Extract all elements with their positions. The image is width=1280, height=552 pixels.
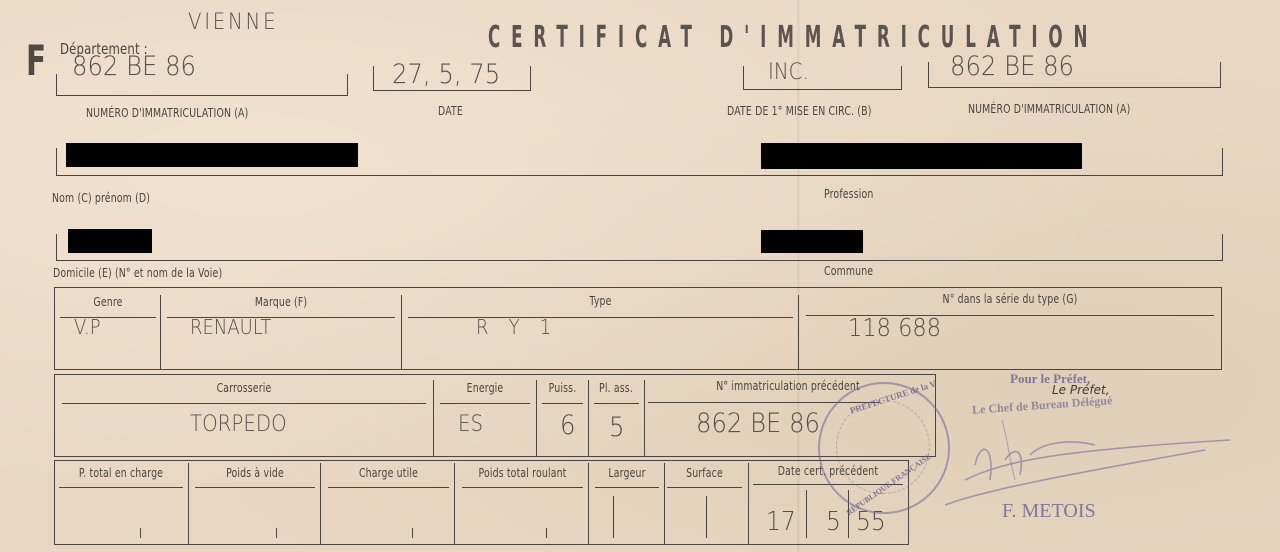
date-label: DATE: [438, 104, 463, 118]
registration-number-right-label: NUMÉRO D'IMMATRICULATION (A): [968, 102, 1130, 116]
header-underline: [594, 403, 639, 404]
col-divider: [644, 380, 645, 457]
largeur-label: Largeur: [602, 466, 652, 480]
marque-value: RENAULT: [190, 315, 271, 339]
country-letter: F: [26, 36, 46, 85]
col-divider: [454, 463, 455, 545]
registration-number-left-value: 862 BE 86: [72, 51, 196, 82]
bracket-bottom: [928, 87, 1221, 88]
signatory-name: F. METOIS: [1002, 500, 1096, 523]
field-bracket-right: [1222, 234, 1223, 261]
header-underline: [328, 487, 449, 488]
department-name: VIENNE: [188, 10, 278, 35]
bracket-bottom: [56, 95, 348, 96]
bracket-right: [347, 74, 348, 96]
marque-label: Marque (F): [192, 295, 370, 309]
serial-label: N° dans la série du type (G): [851, 292, 1169, 306]
col-divider: [588, 380, 589, 457]
places-label: Pl. ass.: [596, 381, 637, 395]
profession-label: Profession: [824, 187, 873, 201]
header-underline: [195, 487, 315, 488]
bracket-bottom: [743, 89, 902, 90]
profession-redaction: [761, 143, 1082, 169]
genre-label: Genre: [71, 295, 146, 309]
tick-mark: [706, 496, 707, 538]
col-divider: [536, 380, 537, 457]
first-registration-label: DATE DE 1° MISE EN CIRC. (B): [727, 104, 872, 118]
previous-registration-value: 862 BE 86: [696, 408, 820, 439]
col-divider: [748, 463, 749, 545]
field-bracket-right: [1222, 148, 1223, 176]
col-divider: [401, 295, 402, 370]
bracket-bottom: [373, 90, 531, 91]
header-underline: [595, 487, 659, 488]
poids-total-roulant-label: Poids total roulant: [475, 466, 569, 480]
poids-vide-label: Poids à vide: [208, 466, 302, 480]
energie-value: ES: [458, 412, 483, 437]
p-total-charge-label: P. total en charge: [73, 466, 170, 480]
puissance-value: 6: [560, 410, 575, 441]
bracket-left: [56, 74, 57, 96]
commune-label: Commune: [824, 264, 873, 278]
owner-name-label: Nom (C) prénom (D): [52, 191, 150, 205]
header-underline: [59, 487, 183, 488]
registration-number-right-value: 862 BE 86: [950, 51, 1074, 82]
type-label: Type: [450, 294, 750, 308]
commune-redaction: [761, 230, 863, 253]
type-value: R Y 1: [476, 315, 558, 339]
date-cert-day: 17: [766, 507, 796, 537]
charge-utile-label: Charge utile: [341, 466, 435, 480]
bracket-right: [530, 66, 531, 91]
document-title: CERTIFICAT D'IMMATRICULATION: [488, 20, 1098, 55]
field-underline: [56, 175, 1223, 176]
header-underline: [462, 487, 583, 488]
address-redaction: [68, 229, 152, 253]
puissance-label: Puiss.: [545, 381, 580, 395]
first-registration-value: INC.: [768, 60, 809, 85]
carrosserie-value: TORPEDO: [190, 412, 287, 437]
header-underline: [62, 403, 426, 404]
tick-mark: [546, 528, 547, 538]
tick-mark: [140, 528, 141, 538]
serial-value: 118 688: [848, 313, 941, 342]
prefecture-stamp-inner: [836, 400, 930, 494]
surface-label: Surface: [675, 466, 734, 480]
col-divider: [188, 463, 189, 545]
bracket-left: [373, 66, 374, 91]
bracket-right: [1220, 62, 1221, 88]
col-divider: [664, 463, 665, 545]
header-underline: [440, 403, 530, 404]
col-divider: [798, 295, 799, 370]
header-underline: [542, 403, 583, 404]
carrosserie-label: Carrosserie: [102, 381, 386, 395]
bracket-left: [743, 66, 744, 90]
col-divider: [160, 295, 161, 370]
tick-mark: [276, 528, 277, 538]
field-underline: [56, 260, 1223, 261]
date-cert-month: 5: [826, 507, 841, 537]
tick-mark: [613, 496, 614, 538]
header-underline: [408, 317, 793, 318]
energie-label: Energie: [450, 381, 520, 395]
bracket-right: [901, 66, 902, 90]
address-label: Domicile (E) (N° et nom de la Voie): [53, 266, 222, 280]
registration-number-left-label: NUMÉRO D'IMMATRICULATION (A): [86, 106, 248, 120]
header-underline: [667, 487, 742, 488]
genre-value: V.P: [74, 315, 101, 339]
owner-name-redaction: [66, 143, 358, 167]
tick-mark: [412, 528, 413, 538]
tick-mark: [806, 490, 807, 538]
field-bracket-left: [56, 234, 57, 261]
col-divider: [320, 463, 321, 545]
col-divider: [433, 380, 434, 457]
signature-line3: Le Chef de Bureau Délégué: [972, 393, 1113, 418]
field-bracket-left: [56, 148, 57, 176]
handwritten-signature: [945, 420, 1235, 510]
bracket-left: [928, 62, 929, 88]
places-value: 5: [609, 412, 624, 443]
col-divider: [588, 463, 589, 545]
date-value: 27, 5, 75: [392, 59, 500, 90]
